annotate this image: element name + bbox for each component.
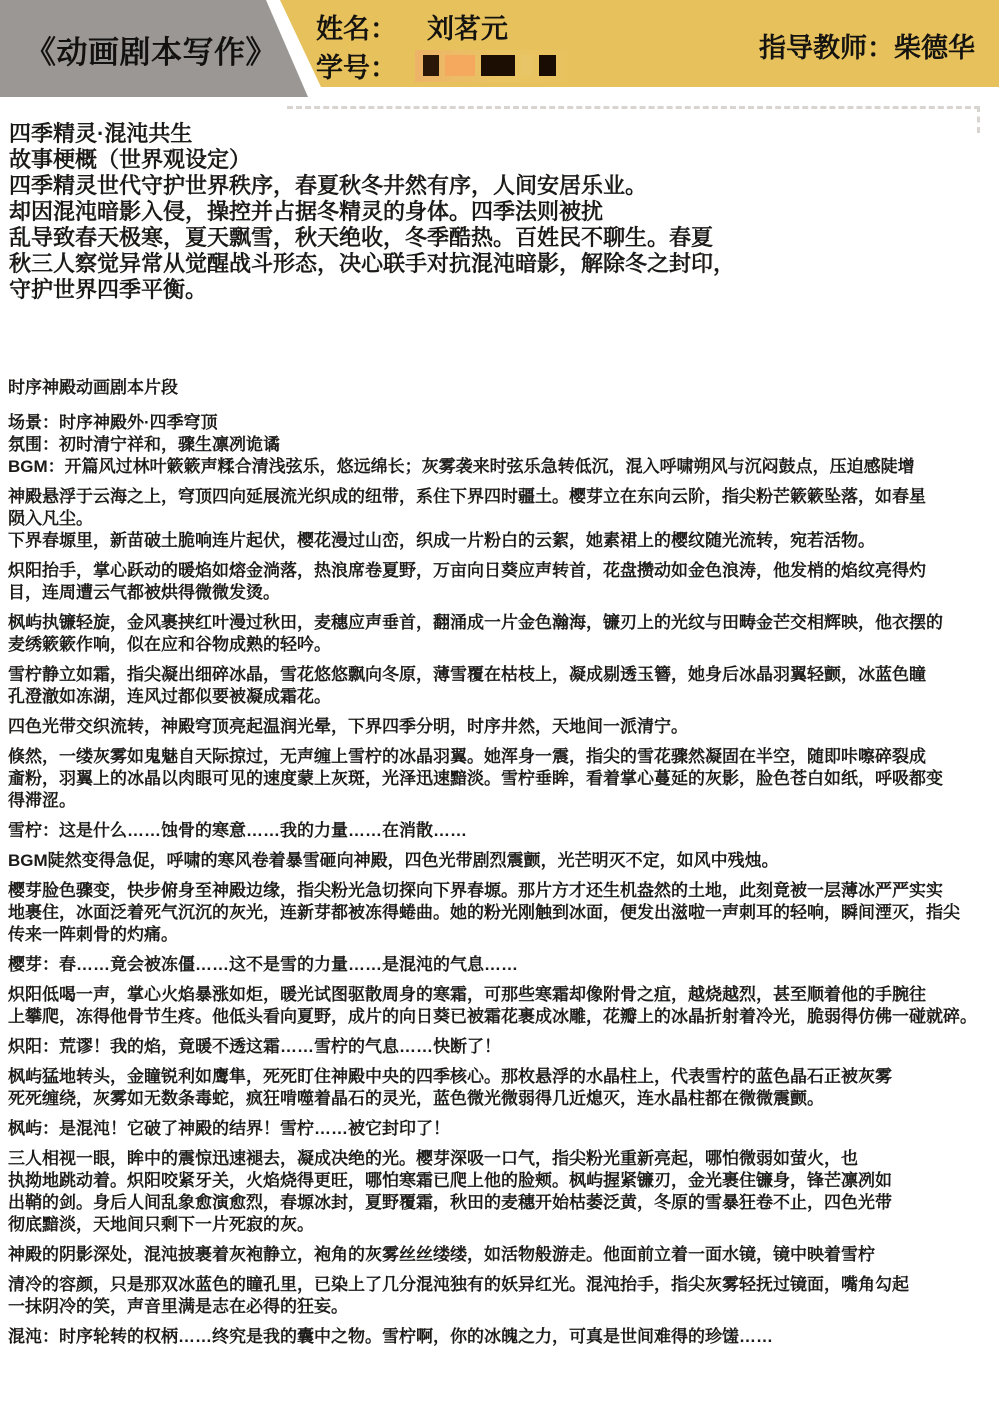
- script-heading: 时序神殿动画剧本片段: [8, 377, 995, 399]
- script-paragraph: 清冷的容颜，只是那双冰蓝色的瞳孔里，已染上了几分混沌独有的妖异红光。混沌抬手，指…: [8, 1274, 995, 1318]
- advisor-label: 指导教师：: [759, 33, 894, 63]
- redaction-block: [481, 55, 515, 76]
- script-paragraph: 四色光带交织流转，神殿穹顶亮起温润光晕，下界四季分明，时序井然，天地间一派清宁。: [8, 716, 995, 738]
- student-id-label: 学号：: [316, 46, 397, 85]
- synopsis-line: 故事梗概（世界观设定）: [9, 147, 735, 173]
- course-title: 《动画剧本写作》: [25, 27, 277, 72]
- name-row: 姓名：刘茗元: [316, 7, 508, 46]
- script-paragraph: 雪柠静立如霜，指尖凝出细碎冰晶，雪花悠悠飘向冬原，薄雪覆在枯枝上，凝成剔透玉簪，…: [8, 664, 995, 708]
- redaction-block: [521, 55, 533, 76]
- script-paragraph: 神殿的阴影深处，混沌披裹着灰袍静立，袍角的灰雾丝丝缕缕，如活物般游走。他面前立着…: [8, 1244, 995, 1266]
- synopsis-block: 四季精灵·混沌共生故事梗概（世界观设定）四季精灵世代守护世界秩序，春夏秋冬井然有…: [9, 121, 735, 303]
- script-paragraph: BGM陡然变得急促，呼啸的寒风卷着暴雪砸向神殿，四色光带剧烈震颤，光芒明灭不定，…: [8, 850, 995, 872]
- course-title-tab: 《动画剧本写作》: [0, 0, 312, 97]
- script-block: 时序神殿动画剧本片段 场景：时序神殿外·四季穹顶氛围：初时清宁祥和，骤生凛冽诡谲…: [8, 377, 995, 1348]
- synopsis-line: 秋三人察觉异常从觉醒战斗形态，决心联手对抗混沌暗影，解除冬之封印，: [9, 251, 735, 277]
- script-paragraphs: 神殿悬浮于云海之上，穹顶四向延展流光织成的纽带，系住下界四时疆土。樱芽立在东向云…: [8, 486, 995, 1348]
- redaction-block: [445, 55, 475, 76]
- script-paragraph: 雪柠：这是什么……蚀骨的寒意……我的力量……在消散……: [8, 820, 995, 842]
- synopsis-line: 乱导致春天极寒，夏天飘雪，秋天绝收，冬季酷热。百姓民不聊生。春夏: [9, 225, 735, 251]
- student-id-row: 学号：: [316, 46, 568, 85]
- synopsis-line: 却因混沌暗影入侵，操控并占据冬精灵的身体。四季法则被扰: [9, 199, 735, 225]
- script-paragraph: 樱芽：春……竟会被冻僵……这不是雪的力量……是混沌的气息……: [8, 954, 995, 976]
- script-paragraph: 炽阳低喝一声，掌心火焰暴涨如炬，暖光试图驱散周身的寒霜，可那些寒霜却像附骨之疽，…: [8, 984, 995, 1028]
- script-paragraph: 混沌：时序轮转的权柄……终究是我的囊中之物。雪柠啊，你的冰魄之力，可真是世间难得…: [8, 1326, 995, 1348]
- assignment-document-page: 《动画剧本写作》 姓名：刘茗元 学号： 指导教师：柴德华 四季精灵·混沌共生故事…: [0, 0, 999, 1417]
- script-paragraph: 樱芽脸色骤变，快步俯身至神殿边缘，指尖粉光急切探向下界春塬。那片方才还生机盎然的…: [8, 880, 995, 946]
- script-meta-line: 场景：时序神殿外·四季穹顶: [8, 412, 995, 434]
- synopsis-line: 四季精灵世代守护世界秩序，春夏秋冬井然有序，人间安居乐业。: [9, 173, 735, 199]
- script-paragraph: 倏然，一缕灰雾如鬼魅自天际掠过，无声缠上雪柠的冰晶羽翼。她浑身一震，指尖的雪花骤…: [8, 746, 995, 812]
- redaction-block: [539, 55, 556, 76]
- advisor-value: 柴德华: [894, 33, 975, 63]
- script-paragraph: 炽阳抬手，掌心跃动的暖焰如熔金淌落，热浪席卷夏野，万亩向日葵应声转首，花盘攒动如…: [8, 560, 995, 604]
- synopsis-line: 守护世界四季平衡。: [9, 277, 735, 303]
- header-band: 姓名：刘茗元 学号： 指导教师：柴德华: [280, 0, 999, 87]
- script-paragraph: 炽阳：荒谬！我的焰，竟暖不透这霜……雪柠的气息……快断了！: [8, 1036, 995, 1058]
- name-value: 刘茗元: [427, 14, 508, 44]
- script-paragraph: 枫屿猛地转头，金瞳锐利如鹰隼，死死盯住神殿中央的四季核心。那枚悬浮的水晶柱上，代…: [8, 1066, 995, 1110]
- script-paragraph: 三人相视一眼，眸中的震惊迅速褪去，凝成决绝的光。樱芽深吸一口气，指尖粉光重新亮起…: [8, 1148, 995, 1236]
- script-meta-line: BGM：开篇风过林叶簌簌声糅合清浅弦乐，悠远绵长；灰雾袭来时弦乐急转低沉，混入呼…: [8, 456, 995, 478]
- redaction-block: [423, 55, 439, 76]
- name-label: 姓名：: [316, 14, 397, 44]
- script-meta-block: 场景：时序神殿外·四季穹顶氛围：初时清宁祥和，骤生凛冽诡谲BGM：开篇风过林叶簌…: [8, 412, 995, 478]
- script-meta-line: 氛围：初时清宁祥和，骤生凛冽诡谲: [8, 434, 995, 456]
- synopsis-line: 四季精灵·混沌共生: [9, 121, 735, 147]
- advisor-row: 指导教师：柴德华: [759, 26, 975, 65]
- script-paragraph: 神殿悬浮于云海之上，穹顶四向延展流光织成的纽带，系住下界四时疆土。樱芽立在东向云…: [8, 486, 995, 552]
- script-paragraph: 枫屿：是混沌！它破了神殿的结界！雪柠……被它封印了！: [8, 1118, 995, 1140]
- student-id-redaction: [415, 50, 568, 82]
- script-paragraph: 枫屿执镰轻旋，金风裹挟红叶漫过秋田，麦穗应声垂首，翻涌成一片金色瀚海，镰刃上的光…: [8, 612, 995, 656]
